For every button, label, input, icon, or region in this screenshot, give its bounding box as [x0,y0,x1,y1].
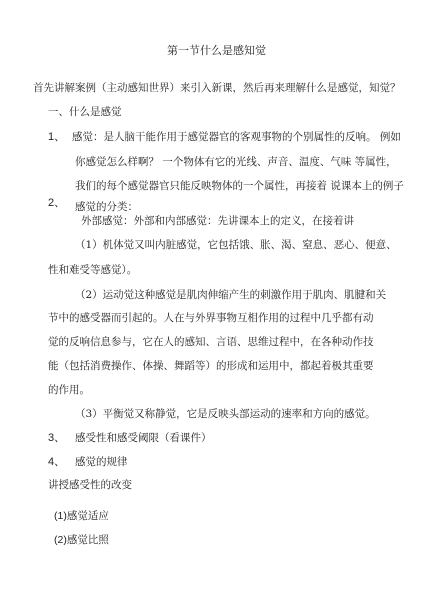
text-line: 感觉：是人脑干能作用于感觉器官的客观事物的个别属性的反响。 例如 [72,130,401,144]
list-number: 4、 [48,455,65,469]
sub-list-item: (1)感觉适应 [54,509,109,523]
text-line: 感受性和感受阈限（看课件） [75,431,212,445]
text-line: 外部感觉：外部和内部感觉：先讲课本上的定义，在接着讲 [81,214,354,228]
text-line: 觉的反响信息参与，它在人的感知、言语、思维过程中，在各种动作技 [48,335,374,349]
intro-paragraph: 首先讲解案例（主动感知世界）来引入新课，然后再来理解什么是感觉，知觉？ [33,81,401,95]
text-line: 我们的每个感觉器官只能反映物体的一个属性，再接着 说课本上的例子 [75,179,404,193]
list-number: 2、 [48,196,65,210]
text-line: 节中的感受器而引起的。人在与外界事物互相作用的过程中几乎都有动 [48,311,374,325]
sub-list-item: (2)感觉比照 [54,533,109,547]
text-line: （2）运动觉这种感觉是肌肉伸缩产生的刺激作用于肌肉、肌腱和关 [75,288,386,302]
sub-text: 感觉适应 [67,510,109,522]
text-line: 感觉的规律 [75,455,128,469]
text-line: （3）平衡觉又称静觉，它是反映头部运动的速率和方向的感觉。 [75,407,376,421]
text-line: 感觉的分类： [75,200,138,214]
text-line: 讲授感受性的改变 [48,478,132,492]
text-line: 你感觉怎么样啊？ 一个物体有它的光线、声音、温度、气味 等属性， [75,155,397,169]
page-title: 第一节什么是感知觉 [167,44,266,58]
sub-number: (1) [54,510,67,522]
section-heading: 一、什么是感觉 [48,105,122,119]
text-line: （1）机体觉又叫内脏感觉，它包括饿、胀、渴、窒息、恶心、便意、 [75,238,397,252]
sub-text: 感觉比照 [67,534,109,546]
text-line: 能（包括消费操作、体操、舞蹈等）的形成和运用中，都起着极其重要 [48,359,374,373]
list-number: 3、 [48,431,65,445]
text-line: 的作用。 [48,383,90,397]
sub-number: (2) [54,534,67,546]
list-number: 1、 [48,130,65,144]
text-line: 性和难受等感觉）。 [48,263,137,277]
